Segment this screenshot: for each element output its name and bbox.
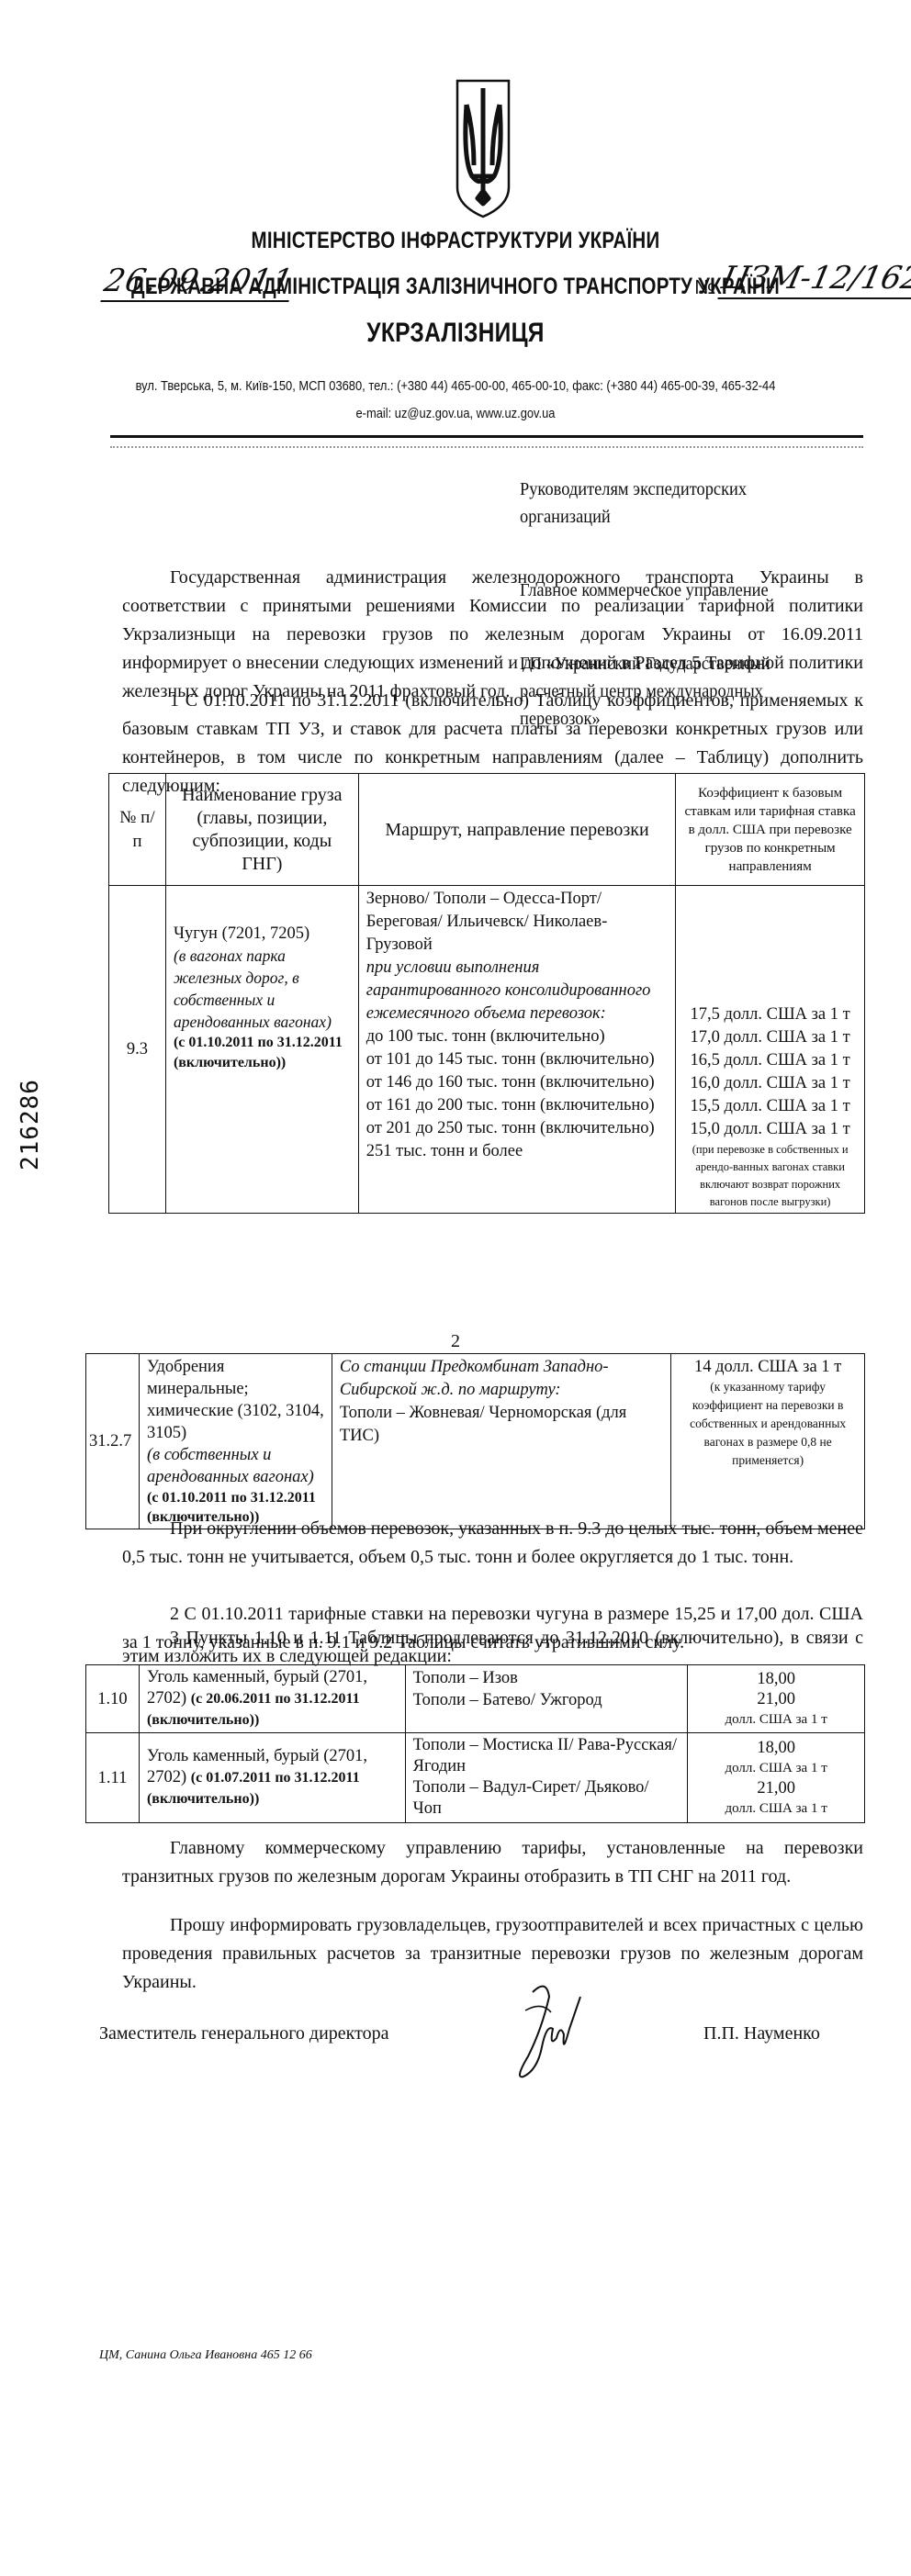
- route-cell: Со станции Предкомбинат Западно-Сибирско…: [332, 1354, 670, 1529]
- rate-cell: 18,00 21,00 долл. США за 1 т: [688, 1665, 865, 1733]
- letterhead-divider-dotted: [110, 446, 863, 448]
- route-line: Тополи – Вадул-Сирет/ Дьяково/ Чоп: [413, 1777, 680, 1820]
- route-cell: Зерново/ Тополи – Одесса-Порт/ Береговая…: [358, 886, 676, 1214]
- cargo-note: (в собственных и арендованных вагонах): [147, 1444, 324, 1488]
- executor-contact: ЦМ, Санина Ольга Ивановна 465 12 66: [99, 2348, 312, 2363]
- cargo-cell: Уголь каменный, бурый (2701, 2702) (с 01…: [139, 1733, 405, 1823]
- volume-tier: до 100 тыс. тонн (включительно): [366, 1025, 669, 1048]
- cargo-note: (в вагонах парка железных дорог, в собст…: [174, 945, 351, 1033]
- volume-tiers: до 100 тыс. тонн (включительно)от 101 до…: [366, 1025, 669, 1163]
- rounding-paragraph: При округлении объемов перевозок, указан…: [122, 1515, 863, 1572]
- letter-number: ЦЗМ-12/1628: [717, 259, 911, 299]
- table-row: 9.3 Чугун (7201, 7205) (в вагонах парка …: [109, 886, 865, 1214]
- header-route: Маршрут, направление перевозки: [358, 774, 676, 886]
- route-cell: Тополи – Мостиска II/ Рава-Русская/ Ягод…: [405, 1733, 688, 1823]
- table-header-row: № п/п Наименование груза (главы, позиции…: [109, 774, 865, 886]
- coefficients-table-1: № п/п Наименование груза (главы, позиции…: [108, 773, 865, 1214]
- header-number: № п/п: [109, 774, 166, 886]
- table-row: 1.11 Уголь каменный, бурый (2701, 2702) …: [86, 1733, 865, 1823]
- cargo-cell: Уголь каменный, бурый (2701, 2702) (с 20…: [139, 1665, 405, 1733]
- request-paragraph: Прошу информировать грузовладельцев, гру…: [122, 1911, 863, 1997]
- cargo-period: (с 01.10.2011 по 31.12.2011 (включительн…: [174, 1033, 351, 1073]
- route-stations: Зерново/ Тополи – Одесса-Порт/ Береговая…: [366, 888, 669, 957]
- header-cargo: Наименование груза (главы, позиции, субп…: [165, 774, 358, 886]
- rate-note: (к указанному тарифу коэффициент на пере…: [679, 1378, 857, 1470]
- volume-tier: от 101 до 145 тыс. тонн (включительно): [366, 1048, 669, 1071]
- row-number: 9.3: [109, 886, 166, 1214]
- letter-number-label: №: [694, 275, 716, 299]
- ministry-title: МІНІСТЕРСТВО ІНФРАСТРУКТУРИ УКРАЇНИ: [82, 228, 828, 254]
- signatory-name: П.П. Науменко: [703, 2023, 820, 2044]
- rate-cell: 14 долл. США за 1 т (к указанному тарифу…: [671, 1354, 865, 1529]
- rate-value: 14 долл. США за 1 т: [679, 1356, 857, 1378]
- row-number: 31.2.7: [86, 1354, 140, 1529]
- cargo-name: Чугун (7201, 7205): [174, 923, 351, 945]
- route-line: Тополи – Батево/ Ужгород: [413, 1689, 680, 1711]
- tier-rate: 17,0 долл. США за 1 т: [683, 1026, 857, 1049]
- volume-tier: 251 тыс. тонн и более: [366, 1140, 669, 1163]
- cargo-cell: Удобрения минеральные; химические (3102,…: [139, 1354, 332, 1529]
- route-cell: Тополи – Изов Тополи – Батево/ Ужгород: [405, 1665, 688, 1733]
- route-line: Тополи – Изов: [413, 1667, 680, 1689]
- volume-tier: от 146 до 160 тыс. тонн (включительно): [366, 1071, 669, 1094]
- tier-rate: 15,5 долл. США за 1 т: [683, 1095, 857, 1118]
- intro-paragraph: Государственная администрация железнодор…: [122, 564, 863, 706]
- letter-date: 26.09.2011: [100, 262, 297, 302]
- signatory-title: Заместитель генерального директора: [99, 2023, 389, 2044]
- cargo-cell: Чугун (7201, 7205) (в вагонах парка желе…: [165, 886, 358, 1214]
- addressee-forwarders: Руководителям экспедиторских организаций: [520, 476, 841, 531]
- route-line: Тополи – Мостиска II/ Рава-Русская/ Ягод…: [413, 1735, 680, 1777]
- letterhead-address: вул. Тверська, 5, м. Київ-150, МСП 03680…: [63, 378, 847, 394]
- handwritten-signature-icon: [496, 1974, 588, 2084]
- cargo-name: Удобрения минеральные; химические (3102,…: [147, 1356, 324, 1444]
- trident-emblem-icon: [454, 77, 512, 218]
- rate-value: 21,00: [695, 1689, 857, 1709]
- coefficients-table-2: 31.2.7 Удобрения минеральные; химические…: [85, 1353, 865, 1529]
- rate-cell: 18,00 долл. США за 1 т 21,00 долл. США з…: [688, 1733, 865, 1823]
- route-origin: Со станции Предкомбинат Западно-Сибирско…: [340, 1356, 663, 1402]
- letterhead-contacts: e-mail: uz@uz.gov.ua, www.uz.gov.ua: [63, 406, 847, 421]
- rate-value: 18,00: [695, 1738, 857, 1758]
- row-number: 1.10: [86, 1665, 140, 1733]
- page-number: 2: [0, 1331, 911, 1352]
- volume-tier: от 201 до 250 тыс. тонн (включительно): [366, 1117, 669, 1140]
- volume-tier: от 161 до 200 тыс. тонн (включительно): [366, 1094, 669, 1117]
- cis-paragraph: Главному коммерческому управлению тарифы…: [122, 1834, 863, 1891]
- route-stations: Тополи – Жовневая/ Черноморская (для ТИС…: [340, 1402, 663, 1448]
- tier-rate: 16,0 долл. США за 1 т: [683, 1072, 857, 1095]
- rate-note: (при перевозке в собственных и арендо-ва…: [683, 1141, 857, 1211]
- route-condition: при условии выполнения гарантированного …: [366, 957, 669, 1025]
- rate-cell: 17,5 долл. США за 1 т17,0 долл. США за 1…: [676, 886, 865, 1214]
- rate-value: 21,00: [695, 1778, 857, 1798]
- item-3-paragraph: 3 Пункты 1.10 и 1.11 Таблицы продлеваютс…: [122, 1629, 863, 1665]
- organization-title: УКРЗАЛІЗНИЦЯ: [82, 318, 828, 349]
- tier-rate: 17,5 долл. США за 1 т: [683, 1003, 857, 1026]
- letterhead-divider: [110, 435, 863, 438]
- coal-rates-table: 1.10 Уголь каменный, бурый (2701, 2702) …: [85, 1664, 865, 1823]
- rate-unit: долл. США за 1 т: [695, 1798, 857, 1819]
- tier-rate: 16,5 долл. США за 1 т: [683, 1049, 857, 1072]
- rate-unit: долл. США за 1 т: [695, 1709, 857, 1730]
- row-number: 1.11: [86, 1733, 140, 1823]
- tier-rates: 17,5 долл. США за 1 т17,0 долл. США за 1…: [683, 1003, 857, 1141]
- tier-rate: 15,0 долл. США за 1 т: [683, 1118, 857, 1141]
- rate-unit: долл. США за 1 т: [695, 1758, 857, 1778]
- table-row: 31.2.7 Удобрения минеральные; химические…: [86, 1354, 865, 1529]
- rate-value: 18,00: [695, 1669, 857, 1689]
- header-rate: Коэффициент к базовым ставкам или тарифн…: [676, 774, 865, 886]
- table-row: 1.10 Уголь каменный, бурый (2701, 2702) …: [86, 1665, 865, 1733]
- side-stamp-number: 216286: [17, 1079, 44, 1170]
